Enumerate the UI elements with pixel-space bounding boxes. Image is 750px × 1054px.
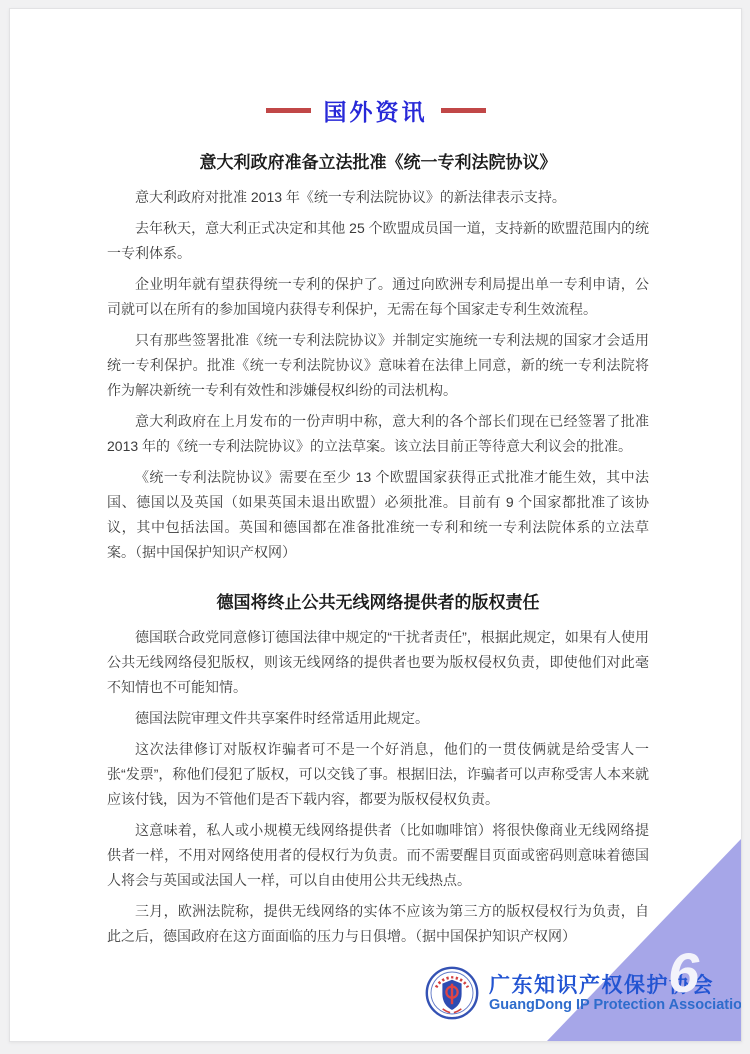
article-paragraph: 这意味着，私人或小规模无线网络提供者（比如咖啡馆）将很快像商业无线网络提供者一样… xyxy=(107,818,649,893)
article-paragraph: 企业明年就有望获得统一专利的保护了。通过向欧洲专利局提出单一专利申请，公司就可以… xyxy=(107,272,649,322)
article-title: 德国将终止公共无线网络提供者的版权责任 xyxy=(107,591,649,615)
article-germany-wifi: 德国将终止公共无线网络提供者的版权责任 德国联合政党同意修订德国法律中规定的“干… xyxy=(107,591,649,949)
article-paragraph: 《统一专利法院协议》需要在至少 13 个欧盟国家获得正式批准才能生效，其中法国、… xyxy=(107,465,649,565)
page-number: 6 xyxy=(668,945,699,1001)
article-title: 意大利政府准备立法批准《统一专利法院协议》 xyxy=(107,151,649,175)
article-paragraph: 德国法院审理文件共享案件时经常适用此规定。 xyxy=(107,706,649,731)
association-emblem-icon xyxy=(424,965,480,1021)
article-paragraph: 去年秋天，意大利正式决定和其他 25 个欧盟成员国一道，支持新的欧盟范围内的统一… xyxy=(107,216,649,266)
article-paragraph: 三月，欧洲法院称，提供无线网络的实体不应该为第三方的版权侵权行为负责，自此之后，… xyxy=(107,899,649,949)
article-italy-upc: 意大利政府准备立法批准《统一专利法院协议》 意大利政府对批准 2013 年《统一… xyxy=(107,151,649,565)
section-header-title: 国外资讯 xyxy=(324,94,428,127)
article-paragraph: 意大利政府对批准 2013 年《统一专利法院协议》的新法律表示支持。 xyxy=(107,185,649,210)
section-header: 国外资讯 xyxy=(10,95,741,125)
association-logo-icon xyxy=(424,965,480,1021)
document-canvas: 国外资讯 意大利政府准备立法批准《统一专利法院协议》 意大利政府对批准 2013… xyxy=(0,0,750,1054)
header-dash-left xyxy=(266,108,311,113)
page-content: 意大利政府准备立法批准《统一专利法院协议》 意大利政府对批准 2013 年《统一… xyxy=(10,151,741,949)
article-paragraph: 意大利政府在上月发布的一份声明中称，意大利的各个部长们现在已经签署了批准 201… xyxy=(107,409,649,459)
association-name-en: GuangDong IP Protection Association xyxy=(489,997,742,1013)
article-paragraph: 德国联合政党同意修订德国法律中规定的“干扰者责任”，根据此规定，如果有人使用公共… xyxy=(107,625,649,700)
header-dash-right xyxy=(441,108,486,113)
article-paragraph: 只有那些签署批准《统一专利法院协议》并制定实施统一专利法规的国家才会适用统一专利… xyxy=(107,328,649,403)
newsletter-page: 国外资讯 意大利政府准备立法批准《统一专利法院协议》 意大利政府对批准 2013… xyxy=(9,8,742,1042)
article-paragraph: 这次法律修订对版权诈骗者可不是一个好消息，他们的一贯伎俩就是给受害人一张“发票”… xyxy=(107,737,649,812)
